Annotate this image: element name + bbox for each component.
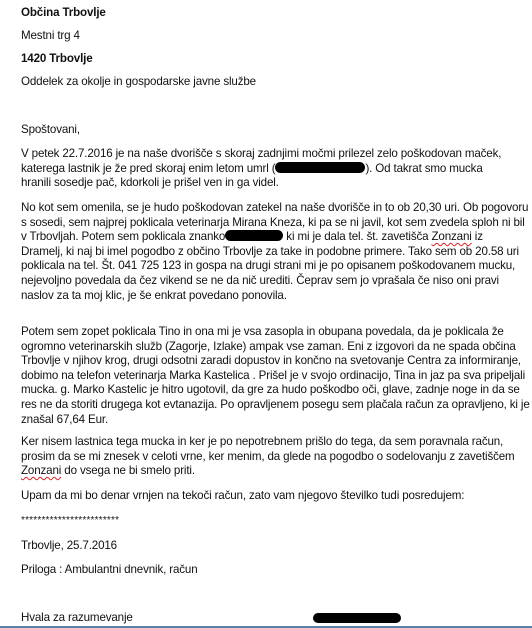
paragraph-5: Upam da mi bo denar vrnjen na tekoči rač… bbox=[21, 489, 464, 503]
paragraph-1: V petek 22.7.2016 je na naše dvorišče s … bbox=[21, 147, 511, 191]
paragraph-1-line: V petek 22.7.2016 je na naše dvorišče s … bbox=[21, 147, 511, 162]
paragraph-2-line: Dramelj, ki naj bi imel pogodbo z občino… bbox=[21, 245, 511, 260]
paragraph-2-text: iz bbox=[472, 230, 483, 243]
salutation: Spoštovani, bbox=[21, 123, 80, 137]
paragraph-2-line: nejevoljno povedala da čez vikend se ne … bbox=[21, 274, 511, 289]
place-date: Trbovlje, 25.7.2016 bbox=[21, 539, 117, 553]
masked-account-number: ************************ bbox=[21, 515, 119, 526]
paragraph-2-line: poklicala na tel. Št. 041 725 123 in gos… bbox=[21, 259, 511, 274]
paragraph-2-text: v Trbovljah. Potem sem poklicala znanko bbox=[21, 230, 225, 243]
paragraph-4: Ker nisem lastnica tega mucka in ker je … bbox=[21, 435, 511, 479]
recipient-name: Občina Trbovlje bbox=[21, 6, 106, 20]
closing-text: Hvala za razumevanje bbox=[21, 611, 133, 625]
paragraph-2-text: ki mi je dala tel. št. zavetišča bbox=[283, 230, 431, 243]
paragraph-1-line: hranili sosedje pač, kdorkoli je prišel … bbox=[21, 176, 511, 191]
attachment-note: Priloga : Ambulantni dnevnik, račun bbox=[21, 563, 198, 577]
paragraph-2-line: s sosedi, sem najprej poklicala veterina… bbox=[21, 216, 511, 231]
paragraph-4-line: Zonzani do vsega ne bi smelo priti. bbox=[21, 464, 511, 479]
redaction-mark bbox=[225, 230, 283, 241]
paragraph-3-line: ogromno veterinarskih služb (Zagorje, Iz… bbox=[21, 340, 511, 355]
paragraph-1-text: ). Od takrat smo mucka bbox=[365, 162, 482, 175]
paragraph-2-line: v Trbovljah. Potem sem poklicala znanko … bbox=[21, 230, 511, 245]
spellcheck-flagged-word: Zonzani bbox=[21, 464, 61, 477]
document-page: Občina Trbovlje Mestni trg 4 1420 Trbovl… bbox=[0, 0, 532, 626]
paragraph-4-line: Ker nisem lastnica tega mucka in ker je … bbox=[21, 435, 511, 450]
recipient-street: Mestni trg 4 bbox=[21, 29, 80, 43]
paragraph-2-line: No kot sem omenila, se je hudo poškodova… bbox=[21, 201, 511, 216]
paragraph-3-line: Trbovlje v njihov krog, drugi odsotni za… bbox=[21, 354, 511, 369]
recipient-postal-city: 1420 Trbovlje bbox=[21, 52, 93, 66]
redacted-signature bbox=[313, 613, 401, 623]
redaction-mark bbox=[275, 162, 365, 173]
paragraph-3-line: mucka. g. Marko Kastelic je hitro ugotov… bbox=[21, 383, 511, 398]
recipient-department: Oddelek za okolje in gospodarske javne s… bbox=[21, 75, 256, 89]
paragraph-3-line: dobimo na telefon veterinarja Marka Kast… bbox=[21, 369, 511, 384]
paragraph-3-line: znašal 67,64 Eur. bbox=[21, 413, 511, 428]
paragraph-4-text: do vsega ne bi smelo priti. bbox=[61, 464, 195, 477]
paragraph-2-line: naslov za ta moj klic, je še enkrat pove… bbox=[21, 289, 511, 304]
paragraph-2: No kot sem omenila, se je hudo poškodova… bbox=[21, 201, 511, 303]
paragraph-1-line: katerega lastnik je že pred skoraj enim … bbox=[21, 162, 511, 177]
paragraph-3-line: res ne da storiti drugega kot evtanazija… bbox=[21, 398, 511, 413]
paragraph-4-line: prosim da se mi znesek v celoti vrne, ke… bbox=[21, 450, 511, 465]
paragraph-3-line: Potem sem zopet poklicala Tino in ona mi… bbox=[21, 325, 511, 340]
spellcheck-flagged-word: Zonzani bbox=[432, 230, 472, 243]
paragraph-3: Potem sem zopet poklicala Tino in ona mi… bbox=[21, 325, 511, 427]
paragraph-1-text: katerega lastnik je že pred skoraj enim … bbox=[21, 162, 275, 175]
